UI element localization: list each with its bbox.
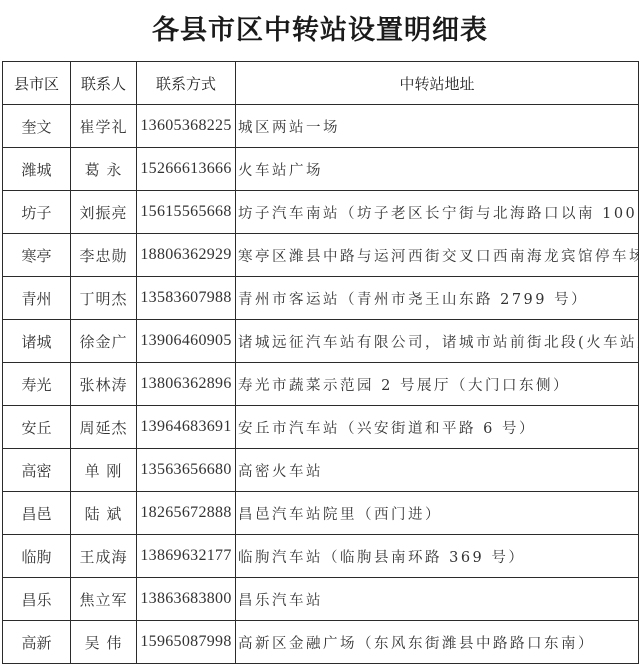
- county-cell: 高密: [3, 449, 71, 492]
- header-contact: 联系人: [71, 62, 137, 105]
- county-cell: 诸城: [3, 320, 71, 363]
- phone-cell: 13869632177: [137, 535, 236, 578]
- phone-cell: 13964683691: [137, 406, 236, 449]
- phone-cell: 13806362896: [137, 363, 236, 406]
- table-row: 潍城 葛 永 15266613666 火车站广场: [3, 148, 639, 191]
- contact-cell: 单 刚: [71, 449, 137, 492]
- contact-cell: 王成海: [71, 535, 137, 578]
- county-cell: 寒亭: [3, 234, 71, 277]
- phone-cell: 13605368225: [137, 105, 236, 148]
- county-cell: 潍城: [3, 148, 71, 191]
- county-cell: 青州: [3, 277, 71, 320]
- page-title: 各县市区中转站设置明细表: [0, 8, 640, 47]
- contact-cell: 吴 伟: [71, 621, 137, 664]
- address-cell: 安丘市汽车站（兴安街道和平路 6 号）: [236, 406, 639, 449]
- header-address: 中转站地址: [236, 62, 639, 105]
- county-cell: 昌乐: [3, 578, 71, 621]
- phone-cell: 15965087998: [137, 621, 236, 664]
- table-row: 奎文 崔学礼 13605368225 城区两站一场: [3, 105, 639, 148]
- address-cell: 高密火车站: [236, 449, 639, 492]
- contact-cell: 陆 斌: [71, 492, 137, 535]
- table-row: 青州 丁明杰 13583607988 青州市客运站（青州市尧王山东路 2799 …: [3, 277, 639, 320]
- county-cell: 坊子: [3, 191, 71, 234]
- address-cell: 诸城远征汽车站有限公司，诸城市站前街北段(火车站东侧): [236, 320, 639, 363]
- table-row: 安丘 周延杰 13964683691 安丘市汽车站（兴安街道和平路 6 号）: [3, 406, 639, 449]
- contact-cell: 葛 永: [71, 148, 137, 191]
- contact-cell: 丁明杰: [71, 277, 137, 320]
- table-row: 高密 单 刚 13563656680 高密火车站: [3, 449, 639, 492]
- contact-cell: 焦立军: [71, 578, 137, 621]
- contact-cell: 刘振亮: [71, 191, 137, 234]
- address-cell: 临朐汽车站（临朐县南环路 369 号）: [236, 535, 639, 578]
- phone-cell: 18265672888: [137, 492, 236, 535]
- transfer-station-table: 县市区 联系人 联系方式 中转站地址 奎文 崔学礼 13605368225 城区…: [2, 61, 639, 664]
- address-cell: 寒亭区潍县中路与运河西街交叉口西南海龙宾馆停车场: [236, 234, 639, 277]
- address-cell: 寿光市蔬菜示范园 2 号展厅（大门口东侧）: [236, 363, 639, 406]
- county-cell: 奎文: [3, 105, 71, 148]
- county-cell: 高新: [3, 621, 71, 664]
- contact-cell: 崔学礼: [71, 105, 137, 148]
- table-row: 坊子 刘振亮 15615565668 坊子汽车南站（坊子老区长宁街与北海路口以南…: [3, 191, 639, 234]
- table-row: 昌乐 焦立军 13863683800 昌乐汽车站: [3, 578, 639, 621]
- address-cell: 青州市客运站（青州市尧王山东路 2799 号）: [236, 277, 639, 320]
- phone-cell: 13563656680: [137, 449, 236, 492]
- phone-cell: 13583607988: [137, 277, 236, 320]
- county-cell: 寿光: [3, 363, 71, 406]
- address-cell: 高新区金融广场（东风东街潍县中路路口东南）: [236, 621, 639, 664]
- county-cell: 安丘: [3, 406, 71, 449]
- table-row: 昌邑 陆 斌 18265672888 昌邑汽车站院里（西门进）: [3, 492, 639, 535]
- address-cell: 昌乐汽车站: [236, 578, 639, 621]
- table-row: 寒亭 李忠勋 18806362929 寒亭区潍县中路与运河西街交叉口西南海龙宾馆…: [3, 234, 639, 277]
- address-cell: 坊子汽车南站（坊子老区长宁街与北海路口以南 100 米路东）: [236, 191, 639, 234]
- county-cell: 临朐: [3, 535, 71, 578]
- table-row: 诸城 徐金广 13906460905 诸城远征汽车站有限公司，诸城市站前街北段(…: [3, 320, 639, 363]
- phone-cell: 13863683800: [137, 578, 236, 621]
- table-row: 临朐 王成海 13869632177 临朐汽车站（临朐县南环路 369 号）: [3, 535, 639, 578]
- phone-cell: 13906460905: [137, 320, 236, 363]
- contact-cell: 张林涛: [71, 363, 137, 406]
- header-phone: 联系方式: [137, 62, 236, 105]
- address-cell: 火车站广场: [236, 148, 639, 191]
- header-county: 县市区: [3, 62, 71, 105]
- table-header-row: 县市区 联系人 联系方式 中转站地址: [3, 62, 639, 105]
- county-cell: 昌邑: [3, 492, 71, 535]
- contact-cell: 李忠勋: [71, 234, 137, 277]
- address-cell: 昌邑汽车站院里（西门进）: [236, 492, 639, 535]
- contact-cell: 周延杰: [71, 406, 137, 449]
- contact-cell: 徐金广: [71, 320, 137, 363]
- phone-cell: 15615565668: [137, 191, 236, 234]
- phone-cell: 15266613666: [137, 148, 236, 191]
- phone-cell: 18806362929: [137, 234, 236, 277]
- table-row: 寿光 张林涛 13806362896 寿光市蔬菜示范园 2 号展厅（大门口东侧）: [3, 363, 639, 406]
- address-cell: 城区两站一场: [236, 105, 639, 148]
- table-row: 高新 吴 伟 15965087998 高新区金融广场（东风东街潍县中路路口东南）: [3, 621, 639, 664]
